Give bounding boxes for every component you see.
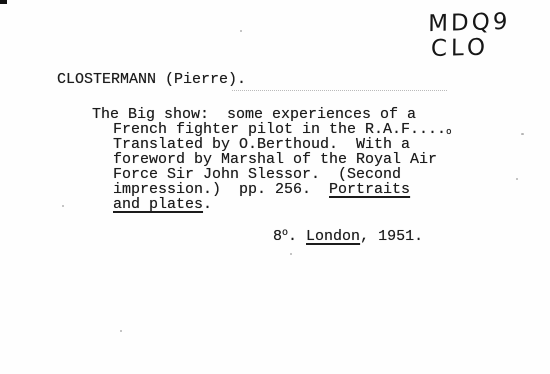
- scan-speckle: [521, 133, 524, 135]
- scan-corner-artifact: [0, 0, 7, 4]
- text-segment: Portraits: [329, 181, 410, 198]
- library-catalog-card: MDQ9 CLO CLOSTERMANN (Pierre). The Big s…: [0, 0, 550, 374]
- body-line: The Big show: some experiences of a: [92, 107, 416, 122]
- scan-speckle: [290, 253, 292, 255]
- scan-speckle: [240, 30, 242, 32]
- handwritten-shelfmark: MDQ9 CLO: [428, 10, 511, 62]
- body-line: Force Sir John Slessor. (Second: [113, 167, 401, 182]
- body-line: Translated by O.Berthoud. With a: [113, 137, 410, 152]
- scan-speckle: [120, 330, 122, 332]
- imprint-line: 8o. London, 1951.: [273, 226, 423, 244]
- shelfmark-line2: CLO: [431, 35, 510, 62]
- text-segment: , 1951.: [360, 228, 423, 245]
- body-line: foreword by Marshal of the Royal Air: [113, 152, 437, 167]
- text-segment: and plates: [113, 196, 203, 213]
- shelfmark-line1: MDQ9: [428, 10, 510, 37]
- scan-speckle: [516, 178, 518, 180]
- text-segment: London: [306, 228, 360, 245]
- scan-dotted-artifact: [232, 90, 447, 91]
- scan-speckle: [62, 205, 64, 207]
- text-segment: 8: [273, 228, 282, 245]
- text-segment: .: [288, 228, 306, 245]
- author-heading: CLOSTERMANN (Pierre).: [57, 72, 246, 87]
- text-segment: .: [203, 196, 212, 213]
- body-line: impression.) pp. 256. Portraits: [113, 182, 410, 197]
- body-line: and plates.: [113, 197, 212, 212]
- text-segment: o: [446, 127, 451, 137]
